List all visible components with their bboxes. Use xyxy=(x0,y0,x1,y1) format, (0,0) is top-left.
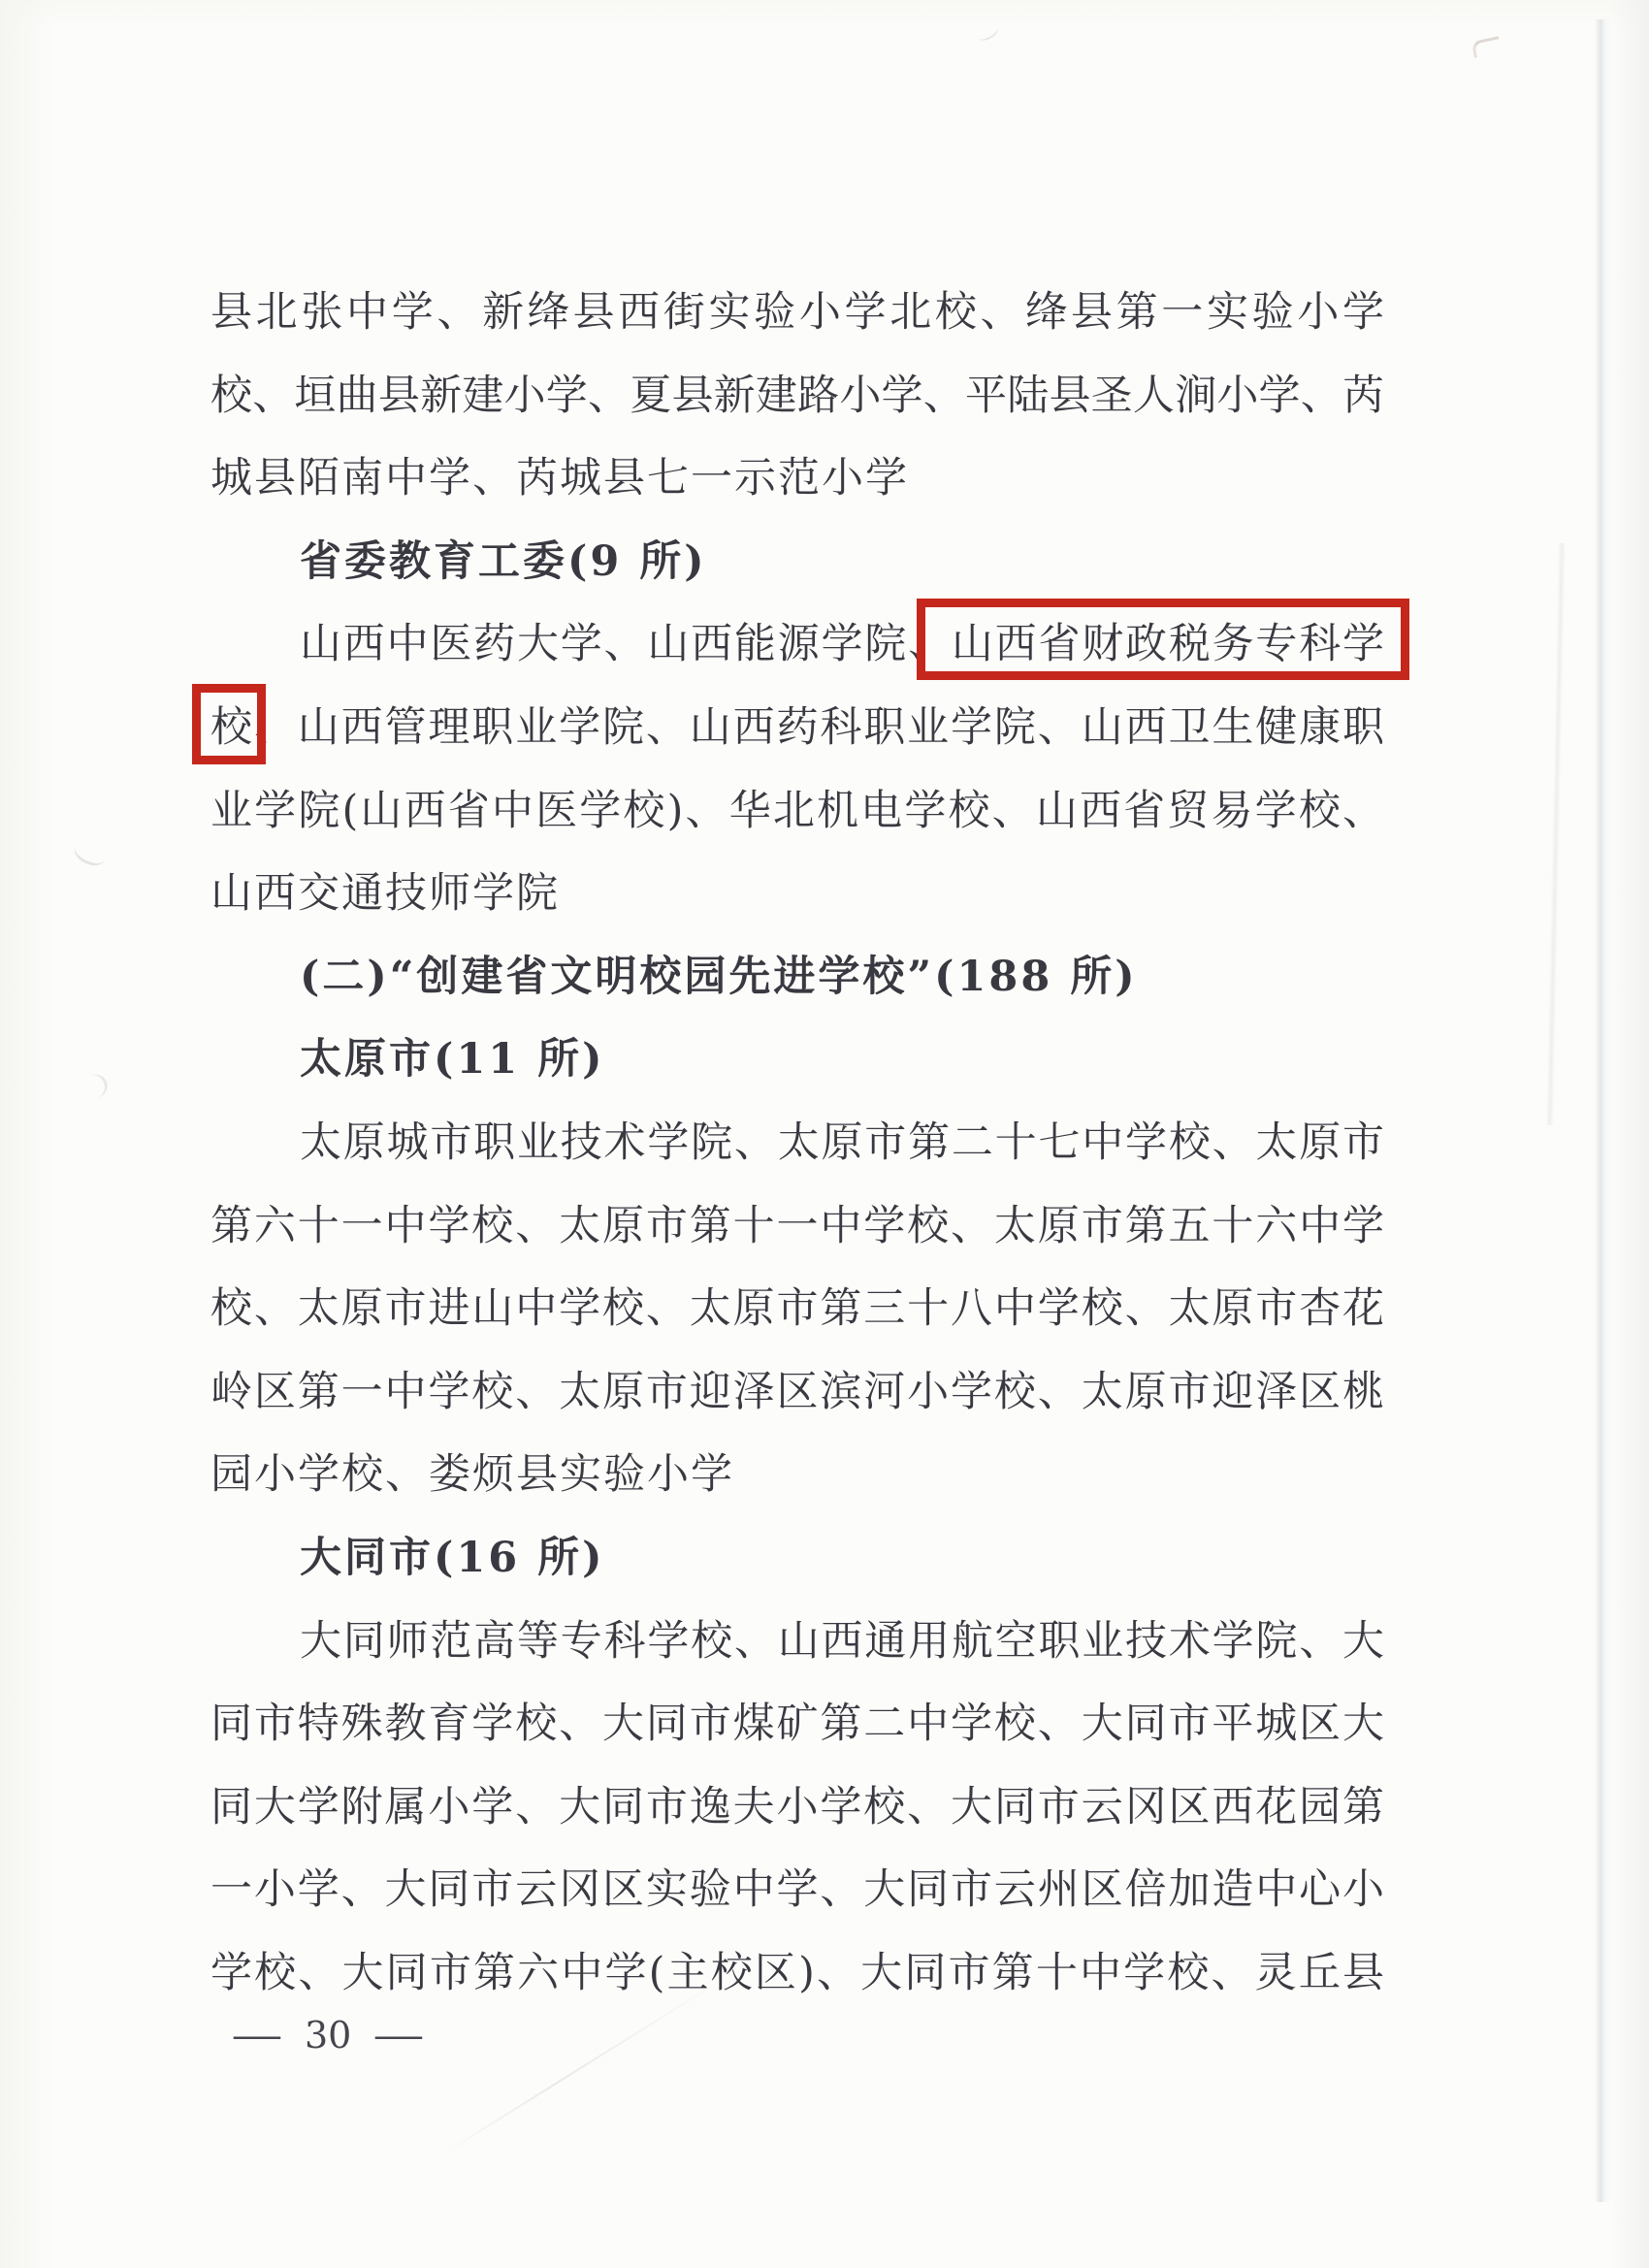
scan-crease-right xyxy=(1595,19,1612,2202)
document-body: 县北张中学、新绛县西街实验小学北校、绛县第一实验小学校、垣曲县新建小学、夏县新建… xyxy=(210,272,1384,2015)
text-line: 县北张中学、新绛县西街实验小学北校、绛县第一实验小学 xyxy=(210,272,1384,355)
text-line: 省委教育工委(9 所) xyxy=(210,521,1384,604)
scan-smudge-left-2 xyxy=(73,1071,111,1105)
text-line: 山西中医药大学、山西能源学院、山西省财政税务专科学 xyxy=(210,603,1384,687)
text-line: 岭区第一中学校、太原市迎泽区滨河小学校、太原市迎泽区桃 xyxy=(210,1351,1384,1435)
text-line: 同市特殊教育学校、大同市煤矿第二中学校、大同市平城区大 xyxy=(210,1683,1384,1766)
scan-smudge-top xyxy=(976,22,1000,43)
text-line: 园小学校、娄烦县实验小学 xyxy=(210,1434,1384,1517)
text-line: 校、垣曲县新建小学、夏县新建路小学、平陆县圣人涧小学、芮 xyxy=(210,355,1384,438)
scan-crease-right-inner xyxy=(1546,543,1567,1125)
text-line: 大同师范高等专科学校、山西通用航空职业技术学院、大 xyxy=(210,1601,1384,1684)
page-footer: — 30 — xyxy=(239,2014,417,2057)
text-line: 大同市(16 所) xyxy=(210,1517,1384,1601)
document-page: 县北张中学、新绛县西街实验小学北校、绛县第一实验小学校、垣曲县新建小学、夏县新建… xyxy=(0,0,1649,2268)
footer-left-dash: — xyxy=(231,2014,282,2057)
text-line: 山西交通技师学院 xyxy=(210,853,1384,936)
text-line: 太原市(11 所) xyxy=(210,1019,1384,1102)
text-line: 城县陌南中学、芮城县七一示范小学 xyxy=(210,437,1384,521)
text-line: 一小学、大同市云冈区实验中学、大同市云州区倍加造中心小 xyxy=(210,1849,1384,1932)
text-line: 学校、大同市第六中学(主校区)、大同市第十中学校、灵丘县 xyxy=(210,1932,1384,2016)
text-line: 太原城市职业技术学院、太原市第二十七中学校、太原市 xyxy=(210,1102,1384,1185)
text-line: 同大学附属小学、大同市逸夫小学校、大同市云冈区西花园第 xyxy=(210,1766,1384,1850)
footer-right-dash: — xyxy=(373,2014,425,2057)
text-line: 校、山西管理职业学院、山西药科职业学院、山西卫生健康职 xyxy=(210,687,1384,770)
scan-mark-top-right xyxy=(1471,36,1503,58)
text-line: 校、太原市进山中学校、太原市第三十八中学校、太原市杏花 xyxy=(210,1268,1384,1351)
page-number: 30 xyxy=(305,2014,351,2057)
text-line: 第六十一中学校、太原市第十一中学校、太原市第五十六中学 xyxy=(210,1185,1384,1269)
text-line: 业学院(山西省中医学校)、华北机电学校、山西省贸易学校、 xyxy=(210,770,1384,854)
scan-smudge-left-1 xyxy=(71,836,110,870)
text-line: (二)“创建省文明校园先进学校”(188 所) xyxy=(210,936,1384,1020)
